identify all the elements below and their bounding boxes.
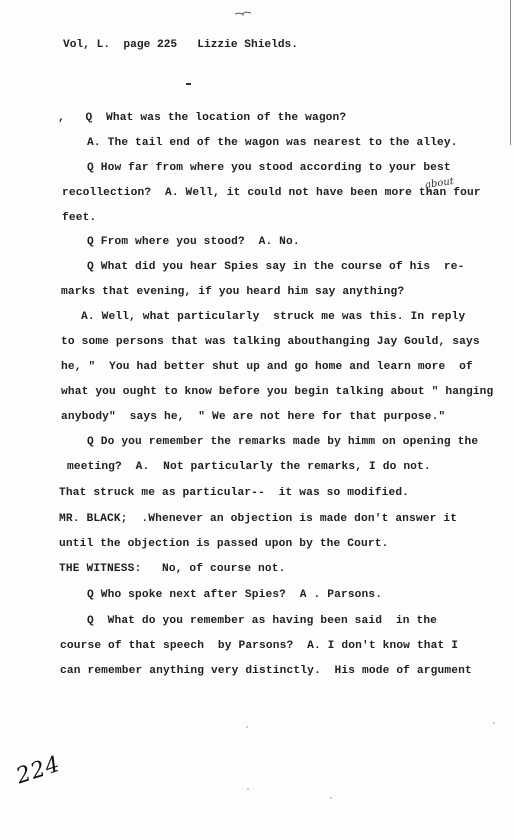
transcript-line: A. The tail end of the wagon was nearest… — [87, 136, 458, 150]
transcript-line: MR. BLACK; .Whenever an objection is mad… — [59, 512, 457, 526]
transcript-line: feet. — [62, 211, 96, 225]
page-edge-line — [510, 0, 511, 145]
transcript-line: to some persons that was talking aboutha… — [61, 335, 480, 349]
paper-speck — [246, 726, 248, 728]
transcript-line: Q What did you hear Spies say in the cou… — [87, 260, 465, 274]
transcript-line: A. Well, what particularly struck me was… — [81, 310, 465, 324]
paper-speck — [330, 797, 332, 799]
transcript-line: Q How far from where you stood according… — [87, 161, 451, 175]
transcript-line: Q What do you remember as having been sa… — [87, 614, 437, 628]
transcript-line: Q Do you remember the remarks made by hi… — [87, 435, 478, 449]
transcript-line: anybody" says he, " We are not here for … — [61, 410, 445, 424]
transcript-line: until the objection is passed upon by th… — [59, 537, 388, 551]
top-scribble-mark — [234, 10, 252, 16]
transcript-line: meeting? A. Not particularly the remarks… — [67, 460, 431, 474]
transcript-line: marks that evening, if you heard him say… — [61, 285, 404, 299]
paper-speck — [247, 788, 249, 790]
document-header: Vol, L. page 225 Lizzie Shields. — [63, 39, 298, 51]
transcript-line: Q Who spoke next after Spies? A . Parson… — [87, 588, 382, 602]
separator-dash — [186, 83, 191, 85]
document-page: Vol, L. page 225 Lizzie Shields. , Q Wha… — [0, 0, 514, 840]
transcript-line: THE WITNESS: No, of course not. — [59, 562, 286, 576]
insertion-caret-mark: ^ — [425, 190, 433, 201]
handwritten-page-number: 224 — [13, 752, 64, 790]
transcript-line: recollection? A. Well, it could not have… — [62, 186, 481, 200]
paper-speck — [493, 722, 495, 724]
transcript-line: can remember anything very distinctly. H… — [60, 664, 472, 678]
transcript-line: That struck me as particular-- it was so… — [59, 486, 409, 500]
transcript-line: he, " You had better shut up and go home… — [61, 360, 473, 374]
transcript-line: what you ought to know before you begin … — [61, 385, 493, 399]
transcript-line: Q From where you stood? A. No. — [87, 235, 300, 249]
transcript-line: course of that speech by Parsons? A. I d… — [60, 639, 458, 653]
transcript-line: , Q What was the location of the wagon? — [58, 111, 346, 125]
